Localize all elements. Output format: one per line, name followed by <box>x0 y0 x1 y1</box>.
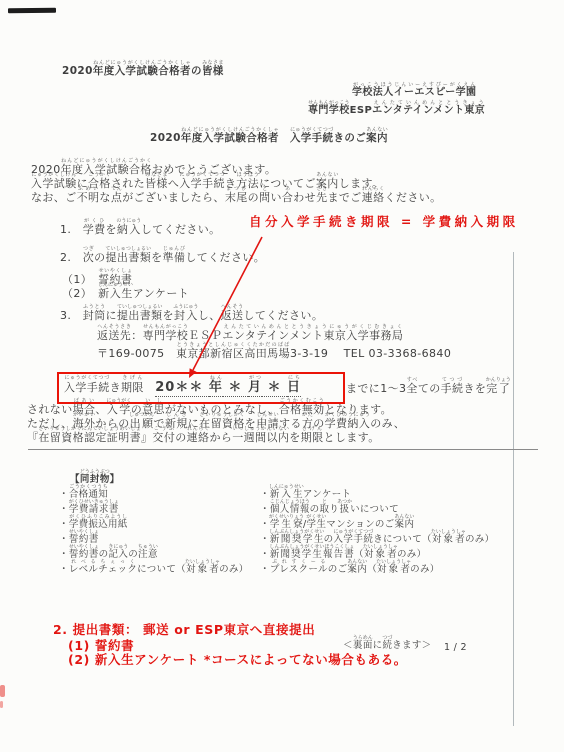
doc-title: 2020年度入学試験合格者ねんどにゅうがくしけんごうかくしゃ 入学手続にゅうがく… <box>150 127 388 144</box>
step-1-line: 1. 学費がくひを納入のうにゅうしてください。 <box>60 218 221 235</box>
school-name-line: 専門学校せんもんがっこうESPエンタテインメント東京えんたていんめんととうきょう <box>308 100 485 116</box>
enclosure-item: ・新聞奨学生しんぶんしょうがくせいの入学手続にゅうがくてつづきについて（対象者た… <box>260 529 494 545</box>
enclosure-item: ・誓約書せいやくしょ <box>59 529 99 545</box>
section-divider <box>28 449 538 450</box>
school-corp-line: 学校法人イーエスピー学園がっこうほうじんいーえすぴーがくえん <box>352 82 476 98</box>
return-address-line: 返送先へんそうさき：専門学校せんもんがっこうＥＳＰエンタテインメント東京入学事務… <box>97 324 403 341</box>
enclosure-item: ・誓約書せいやくしょの記入きにゅうの注意ちゅうい <box>59 544 158 560</box>
scan-artifact-red <box>0 701 3 708</box>
deadline-line: 入学手続にゅうがくてつづき期限きげん 20＊＊ 年ねん ＊ 月がつ ＊ 日にち <box>64 375 301 394</box>
page-number: 1 / 2 <box>444 643 467 653</box>
scan-artifact-red <box>0 685 5 697</box>
annotation-bottom-1: 2. 提出書類： 郵送 or ESP東京へ直接提出 <box>53 624 315 637</box>
enclosure-item: ・学費振込用紙がくひふりこみようし <box>59 514 128 530</box>
scan-artifact-mark <box>8 8 56 14</box>
enclosures-title: 【同封物どうふうぶつ】 <box>70 469 119 485</box>
deadline-note-3: 『在留資格認定証明書ざいりゅうしかくにんていしょうめいしょ』交付こうふの連絡れん… <box>27 426 380 443</box>
enclosure-item: ・新入生しんにゅうせいアンケート <box>260 484 351 500</box>
step-2-line: 2. 次つぎの提出書類ていしゅつしょるいを準備じゅんびしてください。 <box>60 246 265 263</box>
enclosure-item: ・学生寮がくせいりょう/学生がくせいマンションのご案内あんない <box>260 514 414 530</box>
annotation-bottom-3: (2) 新入生アンケート *コースによってない場合もある。 <box>68 654 407 667</box>
annotation-deadline-note: 自分入学手続き期限 = 学費納入期限 <box>249 216 519 229</box>
page-edge-line <box>513 252 514 726</box>
greeting-line: 2020年度入学試験合格者ねんどにゅうがくしけんごうかくしゃの皆様みなさま <box>62 60 224 77</box>
intro-paragraph-3: なお、ご不明ふめいな点てんがございましたら、末尾まつびの問とい合あわせ先さきまで… <box>31 186 442 203</box>
footer-back-note: ＜裏面うらめんに続つづきます＞ <box>343 635 431 651</box>
enclosure-item: ・プレスクールぷれすくーるのご案内あんない（対象者たいしょうしゃのみ） <box>260 559 440 575</box>
enclosure-item: ・個人情報こじんじょうほうの取とり扱あつかいについて <box>260 499 399 515</box>
enclosure-item: ・学費請求書がくひせいきゅうしょ <box>59 499 119 515</box>
postal-address-line: 〒169-0075 東京都新宿区高田馬場とうきょうとしんじゅくくたかだのばば3-… <box>97 342 451 359</box>
enclosure-item: ・レベルチェックれべるちぇっくについて（対象者たいしょうしゃのみ） <box>59 559 249 575</box>
deadline-continuation: までに1～3全すべての手続てつづきを完了かんりょう <box>346 377 511 394</box>
enclosure-item: ・新聞奨学生報告書しんぶんしょうがくせいほうこくしょ（対象者たいしょうしゃのみ） <box>260 544 426 560</box>
annotation-bottom-2: (1) 誓約書 <box>68 640 134 653</box>
step-2-item-2: （2） 新入生しんにゅうせいアンケート <box>62 282 189 299</box>
enclosure-item: ・合格通知ごうかくつうち <box>59 484 108 500</box>
step-3-line: 3. 封筒ふうとうに提出書類ていしゅつしょるいを封入ふうにゅうし、返送へんそうし… <box>60 304 323 321</box>
scanned-document-page: 2020年度入学試験合格者ねんどにゅうがくしけんごうかくしゃの皆様みなさま 学校… <box>0 0 564 752</box>
